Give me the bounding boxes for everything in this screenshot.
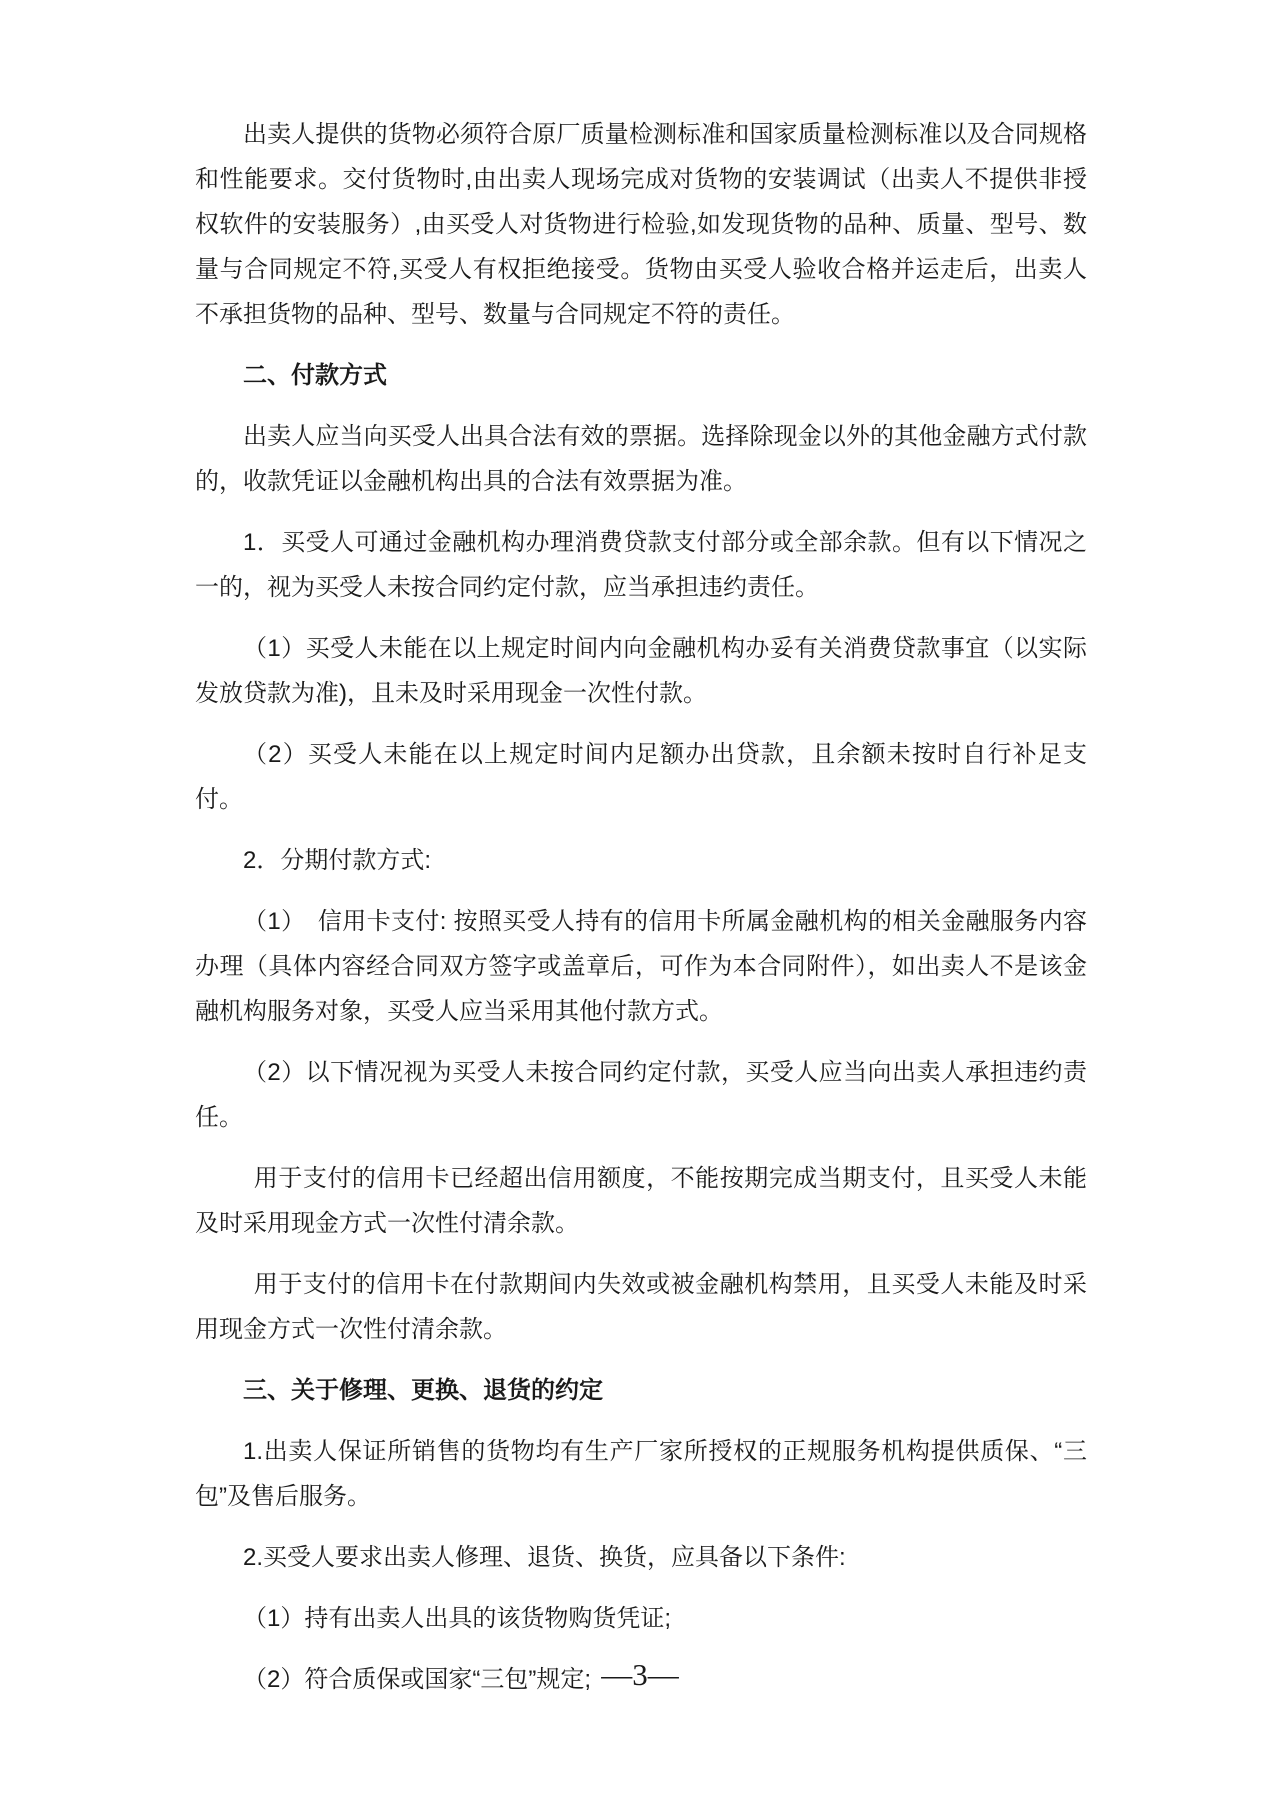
para-goods-quality-inspection: 出卖人提供的货物必须符合原厂质量检测标准和国家质量检测标准以及合同规格和性能要求…	[195, 112, 1087, 337]
para-consumer-loan: 1．买受人可通过金融机构办理消费贷款支付部分或全部余款。但有以下情况之一的，视为…	[195, 520, 1087, 610]
document-page: 出卖人提供的货物必须符合原厂质量检测标准和国家质量检测标准以及合同规格和性能要求…	[0, 0, 1280, 1810]
page-number: —3—	[0, 1652, 1280, 1697]
section-heading-payment-method: 二、付款方式	[195, 353, 1087, 398]
para-installment-payment: 2．分期付款方式:	[195, 838, 1087, 883]
para-invoice-requirement: 出卖人应当向买受人出具合法有效的票据。选择除现金以外的其他金融方式付款的，收款凭…	[195, 414, 1087, 504]
para-condition-item-1: （1）持有出卖人出具的该货物购货凭证;	[195, 1596, 1087, 1641]
para-credit-card-breach: （2）以下情况视为买受人未按合同约定付款，买受人应当向出卖人承担违约责任。	[195, 1050, 1087, 1140]
para-warranty-guarantee: 1.出卖人保证所销售的货物均有生产厂家所授权的正规服务机构提供质保、“三包”及售…	[195, 1429, 1087, 1519]
para-credit-card-overlimit: 用于支付的信用卡已经超出信用额度，不能按期完成当期支付，且买受人未能及时采用现金…	[195, 1156, 1087, 1246]
para-loan-breach-item-2: （2）买受人未能在以上规定时间内足额办出贷款，且余额未按时自行补足支付。	[195, 732, 1087, 822]
section-heading-repair-return: 三、关于修理、更换、退货的约定	[195, 1368, 1087, 1413]
contract-text-body: 出卖人提供的货物必须符合原厂质量检测标准和国家质量检测标准以及合同规格和性能要求…	[195, 112, 1087, 1718]
para-return-conditions: 2.买受人要求出卖人修理、退货、换货，应具备以下条件:	[195, 1535, 1087, 1580]
para-credit-card-invalid: 用于支付的信用卡在付款期间内失效或被金融机构禁用，且买受人未能及时采用现金方式一…	[195, 1262, 1087, 1352]
para-credit-card-payment: （1） 信用卡支付: 按照买受人持有的信用卡所属金融机构的相关金融服务内容办理（…	[195, 899, 1087, 1034]
para-loan-breach-item-1: （1）买受人未能在以上规定时间内向金融机构办妥有关消费贷款事宜（以实际发放贷款为…	[195, 626, 1087, 716]
